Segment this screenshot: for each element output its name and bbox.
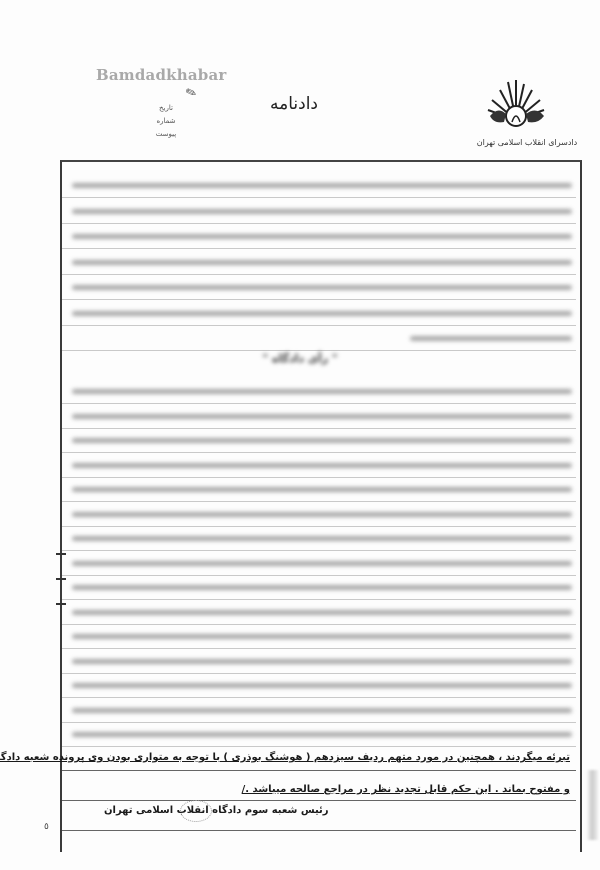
document-meta-labels: تاریخ شماره پیوست xyxy=(148,102,184,141)
court-emblem-icon xyxy=(484,76,548,130)
ruled-line xyxy=(62,526,576,527)
ruled-line xyxy=(62,403,576,404)
ruled-line xyxy=(62,350,576,351)
handwritten-mark-icon: ✎ xyxy=(184,85,199,103)
ruled-line xyxy=(62,223,576,224)
verdict-line-1: تبرئه میگردند ، همچنین در مورد متهم ردیف… xyxy=(0,752,570,763)
redacted-line xyxy=(72,311,572,316)
ruled-line xyxy=(62,830,576,831)
redacted-line xyxy=(72,561,572,566)
watermark: Bamdadkhabar xyxy=(96,66,227,84)
ruled-line xyxy=(62,697,576,698)
margin-tick xyxy=(56,553,66,555)
ruled-line xyxy=(62,477,576,478)
ruled-line xyxy=(62,299,576,300)
redacted-line xyxy=(72,708,572,713)
margin-mark: ٥ xyxy=(44,822,49,832)
ruled-line xyxy=(62,599,576,600)
redacted-line xyxy=(72,285,572,290)
ruled-line xyxy=(62,800,576,801)
number-label: شماره xyxy=(148,115,184,128)
redacted-line xyxy=(72,610,572,615)
redacted-line xyxy=(72,183,572,188)
redacted-line xyxy=(72,585,572,590)
redacted-line xyxy=(72,234,572,239)
scan-edge-shadow xyxy=(586,770,598,840)
redacted-line xyxy=(72,683,572,688)
margin-tick xyxy=(56,578,66,580)
scanned-document-page: Bamdadkhabar ✎ تاریخ شماره پیوست دادنامه… xyxy=(0,0,600,870)
ruled-line xyxy=(62,575,576,576)
redacted-line xyxy=(72,536,572,541)
ruled-line xyxy=(62,274,576,275)
redacted-line xyxy=(72,463,572,468)
ruled-line xyxy=(62,325,576,326)
redacted-line xyxy=(410,336,572,341)
redacted-line xyxy=(72,659,572,664)
redacted-line xyxy=(72,634,572,639)
ruled-line xyxy=(62,550,576,551)
ruled-line xyxy=(62,248,576,249)
date-label: تاریخ xyxy=(148,102,184,115)
ruled-line xyxy=(62,428,576,429)
margin-tick xyxy=(56,603,66,605)
redacted-line xyxy=(72,438,572,443)
document-title: دادنامه xyxy=(270,94,318,114)
signature-line: رئیس شعبه سوم دادگاه انقلاب اسلامی تهران xyxy=(104,805,329,816)
ruling-heading: " رأی دادگاه " xyxy=(0,352,600,365)
ruled-line xyxy=(62,770,576,771)
ruled-line xyxy=(62,722,576,723)
organization-name: دادسرای انقلاب اسلامی تهران xyxy=(472,138,582,147)
redacted-line xyxy=(72,414,572,419)
redacted-line xyxy=(72,512,572,517)
verdict-line-2: و مفتوح بماند . این حکم قابل تجدید نظر د… xyxy=(242,784,570,795)
redacted-line xyxy=(72,209,572,214)
redacted-line xyxy=(72,389,572,394)
redacted-line xyxy=(72,260,572,265)
redacted-line xyxy=(72,732,572,737)
redacted-line xyxy=(72,487,572,492)
ruled-line xyxy=(62,197,576,198)
ruled-line xyxy=(62,624,576,625)
ruled-line xyxy=(62,501,576,502)
ruled-line xyxy=(62,648,576,649)
ruled-line xyxy=(62,673,576,674)
ruled-line xyxy=(62,452,576,453)
attachment-label: پیوست xyxy=(148,128,184,141)
ruled-line xyxy=(62,746,576,747)
